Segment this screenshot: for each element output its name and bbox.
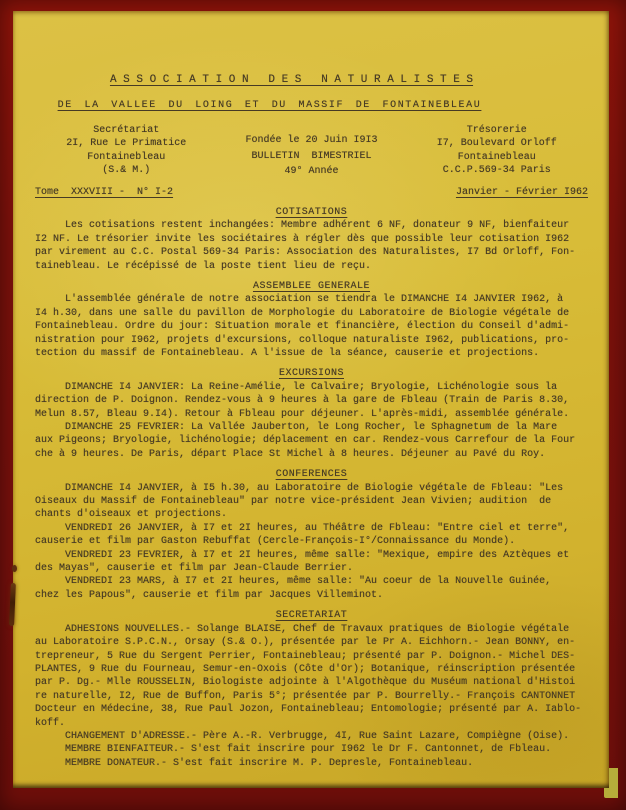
body-line: DIMANCHE I4 JANVIER: La Reine-Amélie, le… (35, 381, 588, 394)
body-line: re naturelle, I2, Rue de Buffon, Paris 5… (35, 690, 588, 703)
body-line: DIMANCHE 25 FEVRIER: La Vallée Jauberton… (35, 421, 588, 434)
body-line: tection du massif de Fontainebleau. A l'… (35, 347, 588, 360)
masthead: Secrétariat2I, Rue Le PrimaticeFontaineb… (35, 124, 588, 180)
body-line: Melun 8.57, Bleau 9.I4). Retour à Fbleau… (35, 408, 588, 421)
body-line: aux Pigeons; Bryologie, lichénologie; dé… (35, 434, 588, 447)
body-line: Docteur en Médecine, 38, Rue Paul Jozon,… (35, 703, 588, 716)
section-heading: EXCURSIONS (35, 367, 588, 380)
body-line: PLANTES, 9 Rue du Fourneau, Semur-en-Oxo… (35, 663, 588, 676)
tresorerie-line: Fontainebleau (406, 151, 588, 164)
bulletin-info-line: BULLETIN BIMESTRIEL (217, 149, 405, 165)
bulletin-page: A S S O C I A T I O N D E S N A T U R A … (13, 11, 609, 788)
secretariat-line: Secrétariat (35, 124, 217, 137)
body-line: trepreneur, 5 Rue du Sergent Perrier, Fo… (35, 650, 588, 663)
bulletin-info-line: Fondée le 20 Juin I9I3 (217, 133, 405, 149)
body-line: au Laboratoire S.P.C.N., Orsay (S.& O.),… (35, 636, 588, 649)
body-line: koff. (35, 717, 588, 730)
body-line: Les cotisations restent inchangées: Memb… (35, 219, 588, 232)
secretariat-line: 2I, Rue Le Primatice (35, 137, 217, 150)
body-line: Oiseaux du Massif de Fontainebleau" par … (35, 495, 588, 508)
tresorerie-line: Trésorerie (406, 124, 588, 137)
body-line: des Mayas", causerie et film par Jean-Cl… (35, 562, 588, 575)
body-line: ADHESIONS NOUVELLES.- Solange BLAISE, Ch… (35, 623, 588, 636)
section-heading: COTISATIONS (35, 206, 588, 219)
association-subtitle: DE LA VALLEE DU LOING ET DU MASSIF DE FO… (0, 99, 546, 113)
secretariat-block: Secrétariat2I, Rue Le PrimaticeFontaineb… (35, 124, 217, 180)
body-line: causerie et film par Gaston Rebuffat (Ce… (35, 535, 588, 548)
issue-date: Janvier - Février I962 (456, 186, 588, 199)
body-line: VENDREDI 23 FEVRIER, à I7 et 2I heures, … (35, 549, 588, 562)
tresorerie-line: I7, Boulevard Orloff (406, 137, 588, 150)
bulletin-info-line: 49° Année (217, 164, 405, 180)
body-line: che à 9 heures. De Paris, départ Place S… (35, 448, 588, 461)
secretariat-line: (S.& M.) (35, 164, 217, 177)
body-line: CHANGEMENT D'ADRESSE.- Père A.-R. Verbru… (35, 730, 588, 743)
body-line: MEMBRE DONATEUR.- S'est fait inscrire M.… (35, 757, 588, 770)
body-line: L'assemblée générale de notre associatio… (35, 293, 588, 306)
tome-number: Tome XXXVIII - N° I-2 (35, 186, 173, 199)
page-content: A S S O C I A T I O N D E S N A T U R A … (35, 11, 588, 788)
body-line: tainebleau. Le récépissé de la poste tie… (35, 260, 588, 273)
body-line: I4 h.30, dans une salle du pavillon de M… (35, 307, 588, 320)
secretariat-line: Fontainebleau (35, 151, 217, 164)
bulletin-info-block: Fondée le 20 Juin I9I3BULLETIN BIMESTRIE… (217, 124, 405, 180)
body-line: VENDREDI 26 JANVIER, à I7 et 2I heures, … (35, 522, 588, 535)
body-line: I2 NF. Le trésorier invite les sociétair… (35, 233, 588, 246)
association-title: A S S O C I A T I O N D E S N A T U R A … (15, 73, 568, 87)
tresorerie-block: TrésorerieI7, Boulevard OrloffFontainebl… (406, 124, 588, 180)
volume-row: Tome XXXVIII - N° I-2 Janvier - Février … (35, 186, 588, 199)
staple-fragment (12, 565, 17, 572)
section-heading: ASSEMBLEE GENERALE (35, 280, 588, 293)
body-line: DIMANCHE I4 JANVIER, à I5 h.30, au Labor… (35, 482, 588, 495)
body-line: chez les Papous", causerie et film par J… (35, 589, 588, 602)
body-line: chants d'oiseaux et projections. (35, 508, 588, 521)
body-line: Fontainebleau. Ordre du jour: Situation … (35, 320, 588, 333)
staple (9, 583, 16, 626)
body-line: par virement au C.C. Postal 569-34 Paris… (35, 246, 588, 259)
photo-frame: A S S O C I A T I O N D E S N A T U R A … (0, 0, 626, 810)
sections-container: COTISATIONS Les cotisations restent inch… (35, 206, 588, 770)
body-line: nistration pour I962, projets d'excursio… (35, 334, 588, 347)
body-line: MEMBRE BIENFAITEUR.- S'est fait inscrire… (35, 743, 588, 756)
body-line: direction de P. Doignon. Rendez-vous à 9… (35, 394, 588, 407)
section-heading: SECRETARIAT (35, 609, 588, 622)
body-line: par P. Dg.- Mlle ROUSSELIN, Biologiste a… (35, 676, 588, 689)
section-heading: CONFERENCES (35, 468, 588, 481)
body-line: VENDREDI 23 MARS, à I7 et 2I heures, mêm… (35, 575, 588, 588)
tresorerie-line: C.C.P.569-34 Paris (406, 164, 588, 177)
